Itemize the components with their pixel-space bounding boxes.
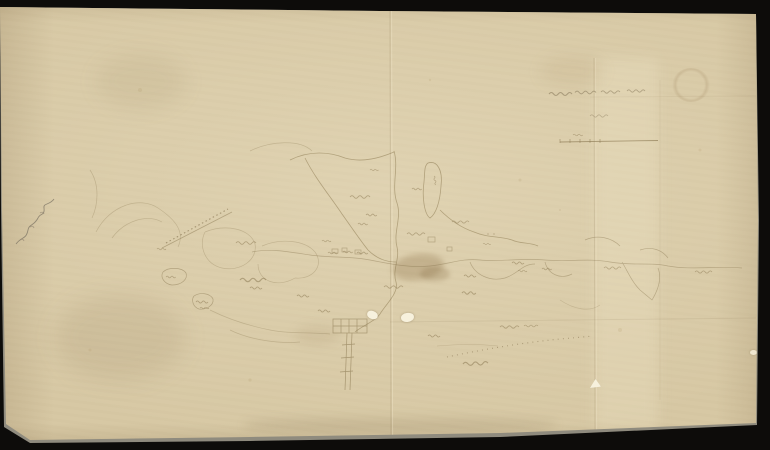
scale-caption — [573, 134, 583, 136]
hill-contours — [90, 143, 330, 343]
photograph-background — [0, 0, 770, 450]
placename-annotations — [157, 169, 712, 365]
margin-signature — [16, 199, 54, 244]
route-line — [252, 237, 742, 309]
island-loop — [423, 162, 441, 218]
map-sheet — [0, 0, 770, 450]
title-inscription — [549, 90, 645, 96]
river-lines — [290, 151, 538, 332]
fold-creases — [390, 10, 756, 436]
township-grid — [333, 319, 367, 390]
paper-nick — [750, 350, 757, 355]
subtitle-flourish — [590, 115, 608, 117]
scale-bar — [560, 134, 658, 143]
parcel-outlines — [162, 234, 495, 309]
dotted-track — [437, 336, 593, 357]
map-drawing — [0, 0, 770, 450]
foxing-specks — [89, 79, 702, 382]
river-west-branch — [305, 158, 368, 250]
road-line — [162, 209, 232, 248]
